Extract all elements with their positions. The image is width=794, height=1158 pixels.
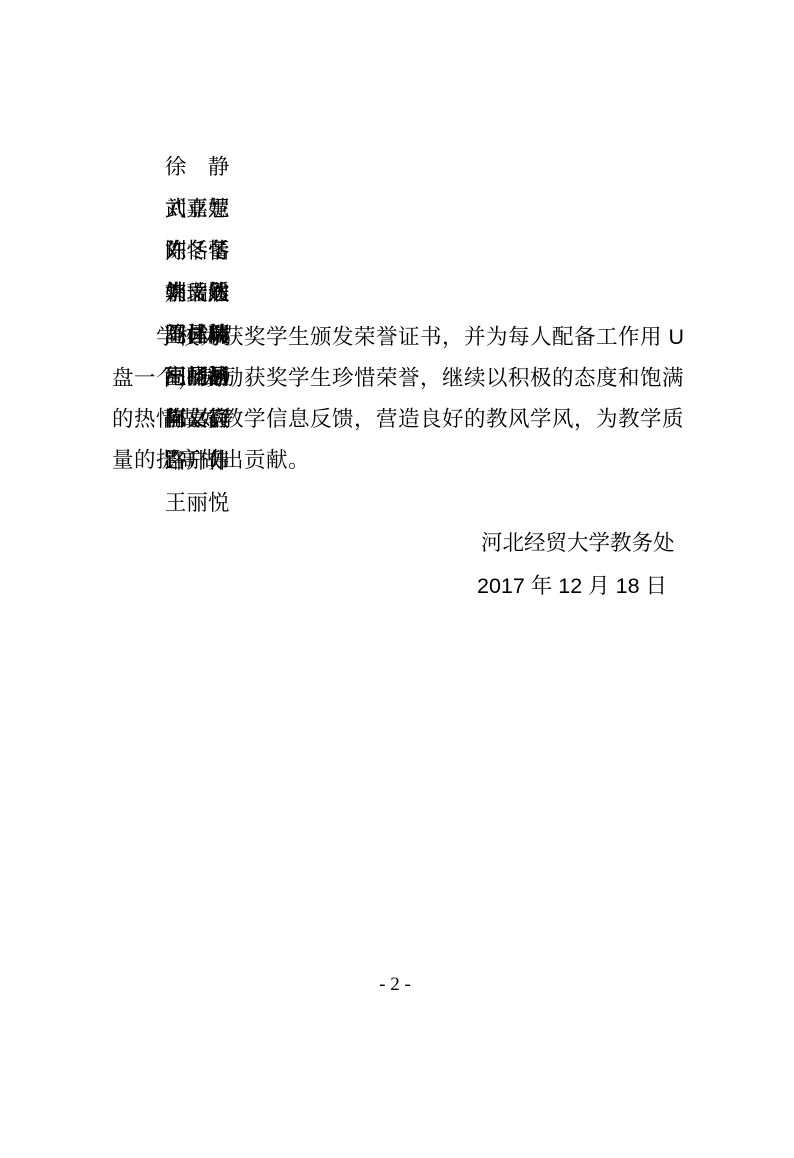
- paragraph-line: 学校为获奖学生颁发荣誉证书，并为每人配备工作用 U: [112, 317, 696, 358]
- document-page: 徐 静 刘亚妮 刘 蕾 韩文欣 马林林 王品涵 武嘉慧 陈恬恬 刘瑞迪 阎昌辉 …: [0, 0, 794, 1158]
- signature-organization: 河北经贸大学教务处: [481, 528, 675, 558]
- body-paragraph: 学校为获奖学生颁发荣誉证书，并为每人配备工作用 U 盘一个，鼓励获奖学生珍惜荣誉…: [112, 317, 696, 481]
- student-name: 武嘉慧: [165, 188, 230, 230]
- award-name-list: 徐 静 刘亚妮 刘 蕾 韩文欣 马林林 王品涵 武嘉慧 陈恬恬 刘瑞迪 阎昌辉 …: [129, 104, 257, 314]
- paragraph-line: 盘一个，鼓励获奖学生珍惜荣誉，继续以积极的态度和饱满: [112, 358, 696, 399]
- student-name: 王丽悦: [165, 482, 230, 524]
- student-name: 李孟媛: [165, 272, 230, 314]
- name-row: 徐 静 刘亚妮 刘 蕾 韩文欣 马林林 王品涵: [129, 104, 257, 146]
- student-name: 徐 静: [165, 146, 230, 188]
- paragraph-line: 量的提高做出贡献。: [112, 440, 696, 481]
- signature-date: 2017 年 12 月 18 日: [477, 571, 667, 601]
- page-number: - 2 -: [360, 973, 430, 997]
- student-name: 许冬冬: [165, 230, 230, 272]
- paragraph-line: 的热情做好教学信息反馈，营造良好的教风学风，为教学质: [112, 399, 696, 440]
